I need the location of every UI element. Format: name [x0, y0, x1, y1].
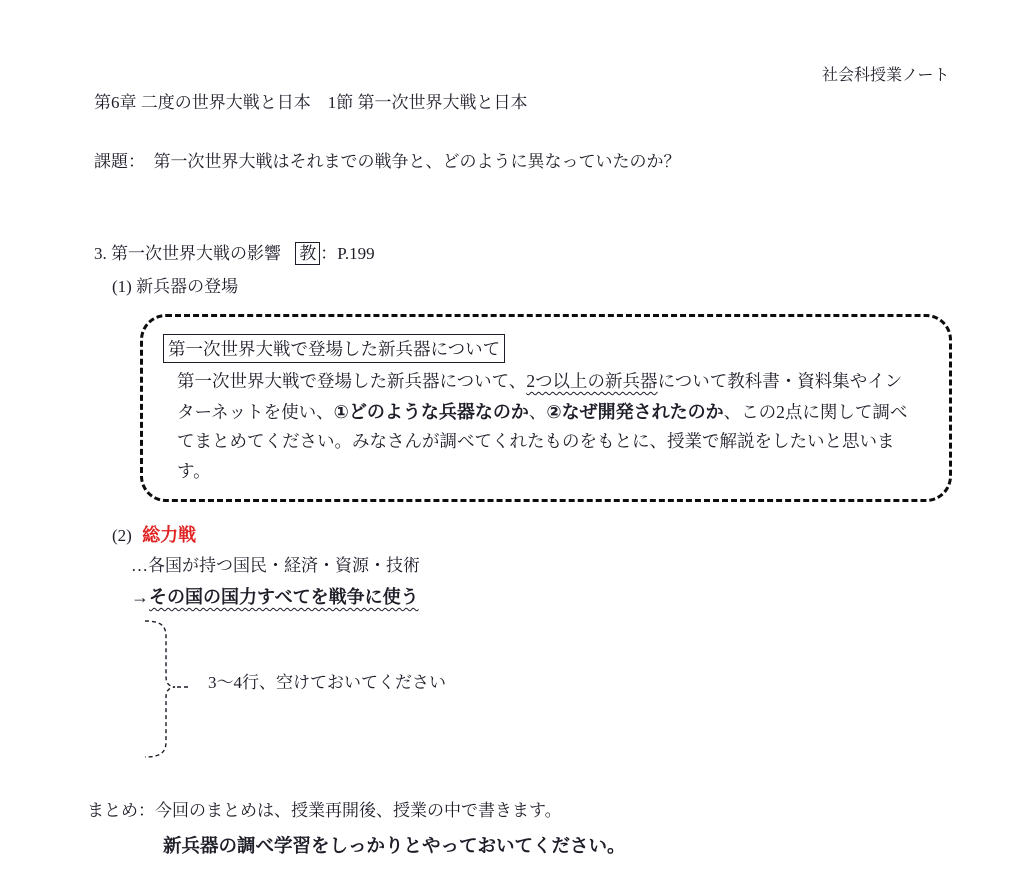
worksheet-page: 社会科授業ノート 第6章 二度の世界大戦と日本 1節 第一次世界大戦と日本 課題…: [0, 0, 1011, 887]
textbook-badge: 教: [295, 242, 320, 265]
chapter-title: 第6章 二度の世界大戦と日本 1節 第一次世界大戦と日本: [94, 92, 528, 115]
assignment-line1-text: 第一次世界大戦で登場した新兵器について、: [177, 371, 526, 391]
conclusion-row: →その国の国力すべてを戦争に使う: [131, 583, 419, 609]
summary-emphasis-line: 新兵器の調べ学習をしっかりとやっておいてください。: [163, 832, 626, 858]
assignment-line1-tail: について教科書・資料集やイン: [658, 371, 903, 391]
detail-line: …各国が持つ国民・経済・資源・技術: [131, 555, 420, 578]
textbook-page-ref: ：P.199: [320, 244, 374, 263]
assignment-line2-comma: 、: [529, 402, 547, 422]
sub1-heading: (1) 新兵器の登場: [112, 276, 238, 299]
corner-note: 社会科授業ノート: [822, 66, 950, 87]
brace-annotation-icon: [142, 616, 202, 762]
assignment-point1: ①どのような兵器なのか: [334, 402, 529, 422]
assignment-line-4: す。: [177, 458, 211, 483]
assignment-line2-tail: 、この2点に関して調べ: [724, 402, 908, 422]
task-line: 課題： 第一次世界大戦はそれまでの戦争と、どのように異なっていたのか？: [94, 151, 681, 174]
spacing-hint: 3～4行、空けておいてください: [208, 672, 446, 695]
assignment-line-2: ターネットを使い、①どのような兵器なのか、②なぜ開発されたのか、この2点に関して…: [177, 398, 907, 424]
sub2-heading-row: (2) 総力戦: [112, 523, 196, 548]
summary-line: まとめ：今回のまとめは、授業再開後、授業の中で書きます。: [87, 800, 562, 823]
assignment-line1-emphasis: 2つ以上の新兵器: [526, 371, 657, 391]
sub2-term: 総力戦: [142, 525, 196, 545]
section3-heading: 3. 第一次世界大戦の影響: [94, 244, 281, 263]
sub2-label: (2): [112, 526, 132, 545]
assignment-point2: ②なぜ開発されたのか: [546, 402, 723, 422]
assignment-line-1: 第一次世界大戦で登場した新兵器について、2つ以上の新兵器について教科書・資料集や…: [177, 368, 902, 393]
section3-heading-row: 3. 第一次世界大戦の影響 教：P.199: [94, 242, 375, 266]
assignment-panel: 第一次世界大戦で登場した新兵器について 第一次世界大戦で登場した新兵器について、…: [140, 314, 952, 502]
assignment-title-box: 第一次世界大戦で登場した新兵器について: [163, 334, 505, 363]
assignment-line2-text: ターネットを使い、: [177, 402, 334, 422]
assignment-line-3: てまとめてください。みなさんが調べてくれたものをもとに、授業で解説をしたいと思い…: [177, 428, 895, 453]
arrow-glyph: →: [131, 587, 149, 607]
conclusion-text: その国の国力すべてを戦争に使う: [149, 587, 419, 607]
